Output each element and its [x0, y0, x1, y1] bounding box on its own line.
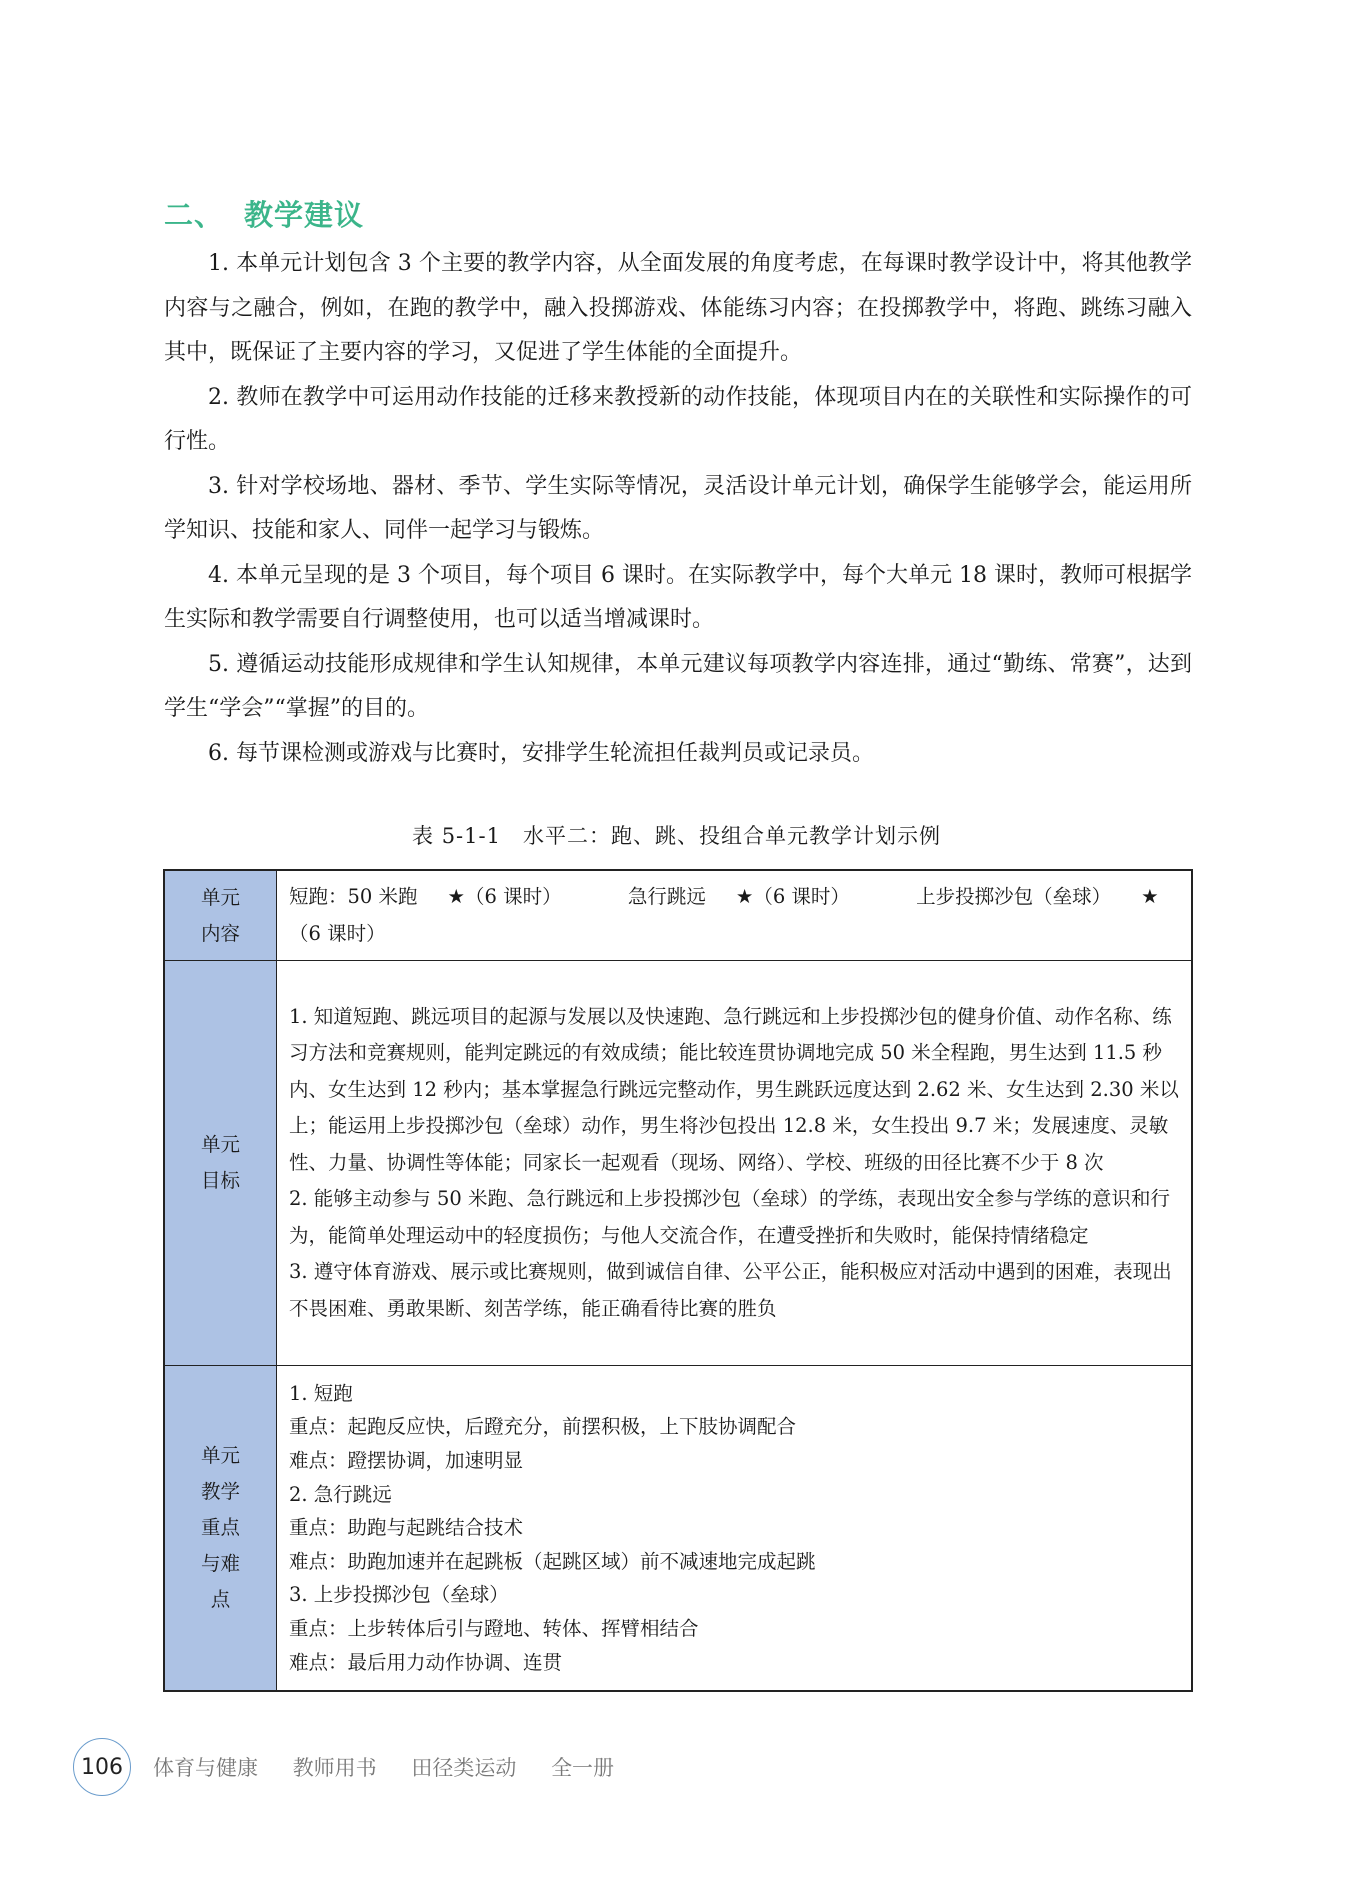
key-point-heading: 1. 短跑	[289, 1377, 1179, 1411]
difficulty-item: 难点：助跑加速并在起跳板（起跳区域）前不减速地完成起跳	[289, 1545, 1179, 1579]
section-title: 教学建议	[244, 198, 364, 232]
unit-hours: （6 课时）	[289, 922, 386, 945]
label-line: 单元	[165, 1127, 276, 1163]
star-icon: ★	[448, 885, 465, 908]
table-caption-title: 水平二：跑、跳、投组合单元教学计划示例	[523, 824, 941, 848]
paragraph-2: 2. 教师在教学中可运用动作技能的迁移来教授新的动作技能，体现项目内在的关联性和…	[164, 376, 1192, 465]
book-title: 体育与健康 教师用书 田径类运动 全一册	[153, 1752, 628, 1782]
table-row-unit-goals: 单元 目标 1. 知道短跑、跳远项目的起源与发展以及快速跑、急行跳远和上步投掷沙…	[164, 961, 1192, 1366]
table-row-key-points: 单元 教学 重点 与难 点 1. 短跑 重点：起跑反应快，后蹬充分，前摆积极，上…	[164, 1366, 1192, 1692]
unit-hours: （6 课时）	[753, 885, 850, 908]
paragraph-1: 1. 本单元计划包含 3 个主要的教学内容，从全面发展的角度考虑，在每课时教学设…	[164, 242, 1192, 376]
book-subject: 体育与健康	[153, 1756, 258, 1780]
unit-item-long-jump: 急行跳远★（6 课时）	[628, 885, 880, 908]
table-row-unit-content: 单元 内容 短跑：50 米跑★（6 课时） 急行跳远★（6 课时） 上步投掷沙包…	[164, 870, 1192, 961]
label-line: 内容	[165, 916, 276, 952]
row-label-key-points: 单元 教学 重点 与难 点	[164, 1366, 277, 1692]
paragraph-5: 5. 遵循运动技能形成规律和学生认知规律，本单元建议每项教学内容连排，通过“勤练…	[164, 643, 1192, 732]
paragraph-3: 3. 针对学校场地、器材、季节、学生实际等情况，灵活设计单元计划，确保学生能够学…	[164, 465, 1192, 554]
key-point-heading: 3. 上步投掷沙包（垒球）	[289, 1578, 1179, 1612]
key-point-item: 重点：上步转体后引与蹬地、转体、挥臂相结合	[289, 1612, 1179, 1646]
label-line: 单元	[165, 880, 276, 916]
unit-goals-cell: 1. 知道短跑、跳远项目的起源与发展以及快速跑、急行跳远和上步投掷沙包的健身价值…	[277, 961, 1193, 1366]
key-points-cell: 1. 短跑 重点：起跑反应快，后蹬充分，前摆积极，上下肢协调配合 难点：蹬摆协调…	[277, 1366, 1193, 1692]
book-topic: 田径类运动	[411, 1756, 516, 1780]
paragraph-6: 6. 每节课检测或游戏与比赛时，安排学生轮流担任裁判员或记录员。	[164, 732, 1192, 777]
key-point-item: 重点：助跑与起跳结合技术	[289, 1511, 1179, 1545]
section-heading: 二、教学建议	[164, 193, 364, 234]
difficulty-item: 难点：最后用力动作协调、连贯	[289, 1646, 1179, 1680]
key-point-item: 重点：起跑反应快，后蹬充分，前摆积极，上下肢协调配合	[289, 1410, 1179, 1444]
page-footer: 106 体育与健康 教师用书 田径类运动 全一册	[73, 1738, 628, 1796]
paragraph-4: 4. 本单元呈现的是 3 个项目，每个项目 6 课时。在实际教学中，每个大单元 …	[164, 554, 1192, 643]
unit-name: 上步投掷沙包（垒球）	[916, 885, 1111, 908]
row-label-unit-goals: 单元 目标	[164, 961, 277, 1366]
section-number: 二、	[164, 198, 224, 232]
unit-name: 急行跳远	[628, 885, 706, 908]
goal-item: 3. 遵守体育游戏、展示或比赛规则，做到诚信自律、公平公正，能积极应对活动中遇到…	[289, 1254, 1179, 1327]
book-volume: 全一册	[551, 1756, 614, 1780]
star-icon: ★	[736, 885, 753, 908]
goal-item: 2. 能够主动参与 50 米跑、急行跳远和上步投掷沙包（垒球）的学练，表现出安全…	[289, 1181, 1179, 1254]
label-line: 与难	[165, 1546, 276, 1582]
book-type: 教师用书	[293, 1756, 377, 1780]
row-label-unit-content: 单元 内容	[164, 870, 277, 961]
label-line: 重点	[165, 1510, 276, 1546]
unit-content-cell: 短跑：50 米跑★（6 课时） 急行跳远★（6 课时） 上步投掷沙包（垒球）★（…	[277, 870, 1193, 961]
body-text: 1. 本单元计划包含 3 个主要的教学内容，从全面发展的角度考虑，在每课时教学设…	[164, 242, 1192, 776]
star-icon: ★	[1141, 885, 1158, 908]
unit-hours: （6 课时）	[465, 885, 562, 908]
unit-item-sprint: 短跑：50 米跑★（6 课时）	[289, 885, 592, 908]
goal-item: 1. 知道短跑、跳远项目的起源与发展以及快速跑、急行跳远和上步投掷沙包的健身价值…	[289, 999, 1179, 1182]
table-caption-code: 表 5-1-1	[412, 824, 501, 848]
label-line: 目标	[165, 1163, 276, 1199]
key-point-heading: 2. 急行跳远	[289, 1478, 1179, 1512]
unit-name: 短跑：50 米跑	[289, 885, 418, 908]
difficulty-item: 难点：蹬摆协调，加速明显	[289, 1444, 1179, 1478]
table-caption: 表 5-1-1水平二：跑、跳、投组合单元教学计划示例	[0, 820, 1353, 850]
unit-plan-table: 单元 内容 短跑：50 米跑★（6 课时） 急行跳远★（6 课时） 上步投掷沙包…	[163, 869, 1193, 1692]
label-line: 点	[165, 1582, 276, 1618]
label-line: 教学	[165, 1474, 276, 1510]
label-line: 单元	[165, 1438, 276, 1474]
page-number: 106	[73, 1738, 131, 1796]
